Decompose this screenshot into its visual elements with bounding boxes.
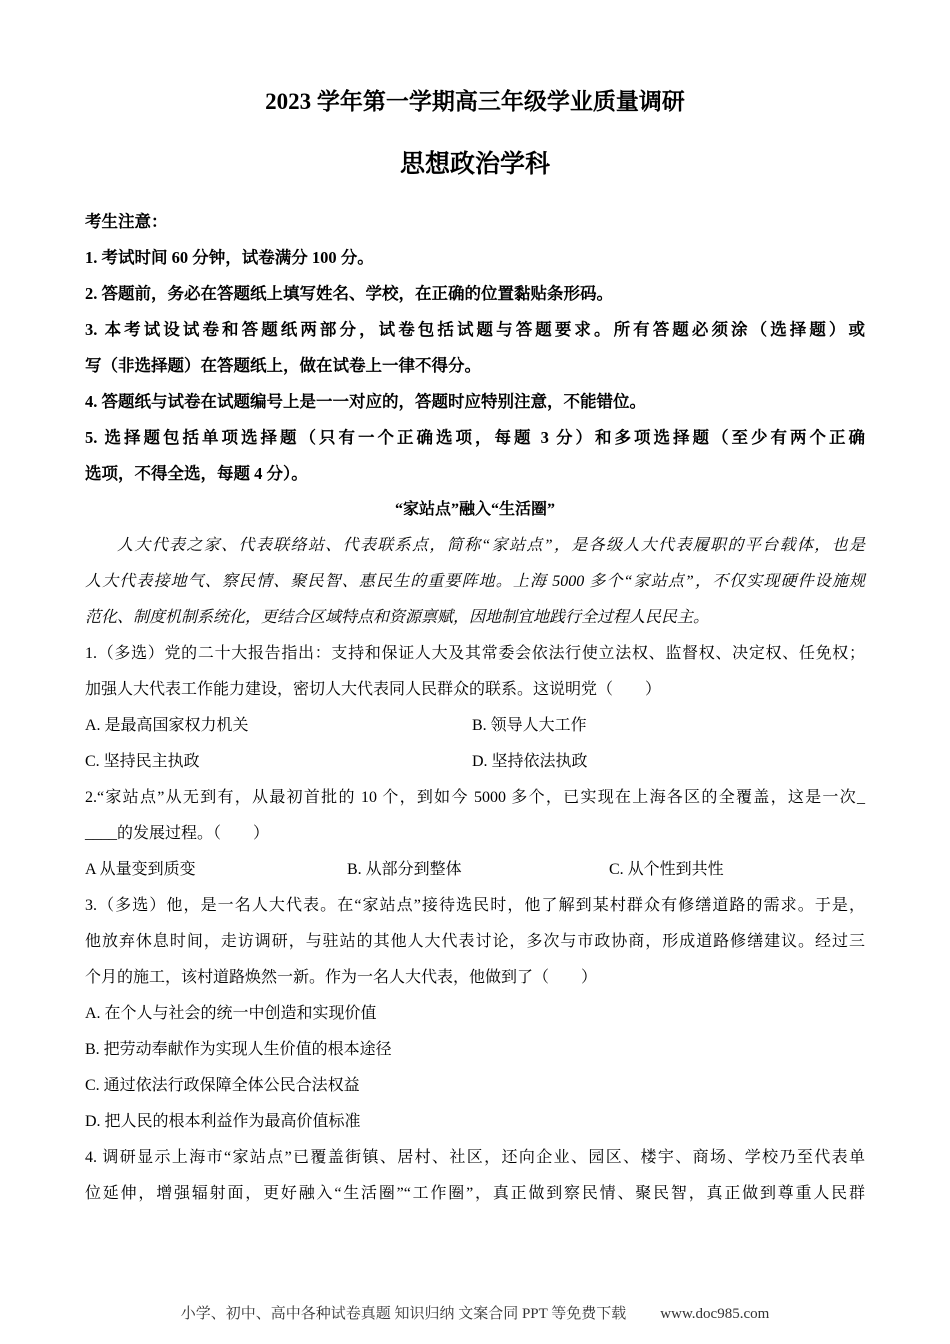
notice-item-2: 2. 答题前，务必在答题纸上填写姓名、学校，在正确的位置黏贴条形码。 xyxy=(85,276,865,312)
option-a: A. 在个人与社会的统一中创造和实现价值 xyxy=(85,996,865,1032)
option-d: D. 坚持依法执政 xyxy=(472,744,865,780)
footer-site-url: www.doc985.com xyxy=(660,1306,769,1322)
notice-item-3-line-2: 写（非选择题）在答题纸上，做在试卷上一律不得分。 xyxy=(85,348,865,384)
exam-paper-page: 2023 学年第一学期高三年级学业质量调研 思想政治学科 考生注意： 1. 考试… xyxy=(0,0,950,1344)
passage-line-3: 范化、制度机制系统化，更结合区域特点和资源禀赋，因地制宜地践行全过程人民民主。 xyxy=(85,600,865,636)
question-1-options-row-1: A. 是最高国家权力机关 B. 领导人大工作 xyxy=(85,708,865,744)
question-1-text-line-1: 1.（多选）党的二十大报告指出：支持和保证人大及其常委会依法行使立法权、监督权、… xyxy=(85,636,865,672)
question-1-text-line-2: 加强人大代表工作能力建设，密切人大代表同人民群众的联系。这说明党（ ） xyxy=(85,672,865,708)
question-2-text-line-1: 2.“家站点”从无到有，从最初首批的 10 个，到如今 5000 多个，已实现在… xyxy=(85,780,865,816)
option-b: B. 领导人大工作 xyxy=(472,708,865,744)
option-a: A. 是最高国家权力机关 xyxy=(85,708,472,744)
exam-title: 2023 学年第一学期高三年级学业质量调研 xyxy=(85,86,865,118)
page-footer: 小学、初中、高中各种试卷真题 知识归纳 文案合同 PPT 等免费下载www.do… xyxy=(0,1304,950,1324)
question-3: 3.（多选）他，是一名人大代表。在“家站点”接待选民时，他了解到某村群众有修缮道… xyxy=(85,888,865,1140)
notice-item-1: 1. 考试时间 60 分钟，试卷满分 100 分。 xyxy=(85,240,865,276)
question-1-options-row-2: C. 坚持民主执政 D. 坚持依法执政 xyxy=(85,744,865,780)
notice-item-3-line-1: 3. 本考试设试卷和答题纸两部分，试卷包括试题与答题要求。所有答题必须涂（选择题… xyxy=(85,312,865,348)
question-1: 1.（多选）党的二十大报告指出：支持和保证人大及其常委会依法行使立法权、监督权、… xyxy=(85,636,865,780)
question-4-text-line-1: 4. 调研显示上海市“家站点”已覆盖街镇、居村、社区，还向企业、园区、楼宇、商场… xyxy=(85,1140,865,1176)
question-2: 2.“家站点”从无到有，从最初首批的 10 个，到如今 5000 多个，已实现在… xyxy=(85,780,865,888)
question-3-text-line-3: 个月的施工，该村道路焕然一新。作为一名人大代表，他做到了（ ） xyxy=(85,960,865,996)
reading-passage: “家站点”融入“生活圈” 人大代表之家、代表联络站、代表联系点，简称“家站点”，… xyxy=(85,492,865,636)
footer-services-text: 小学、初中、高中各种试卷真题 知识归纳 文案合同 PPT 等免费下载 xyxy=(181,1306,627,1322)
subject-title: 思想政治学科 xyxy=(85,148,865,182)
option-c: C. 坚持民主执政 xyxy=(85,744,472,780)
passage-line-2: 人大代表接地气、察民情、聚民智、惠民生的重要阵地。上海 5000 多个“家站点”… xyxy=(85,564,865,600)
notice-item-4: 4. 答题纸与试卷在试题编号上是一一对应的，答题时应特别注意，不能错位。 xyxy=(85,384,865,420)
option-b: B. 从部分到整体 xyxy=(347,852,609,888)
option-c: C. 通过依法行政保障全体公民合法权益 xyxy=(85,1068,865,1104)
passage-title: “家站点”融入“生活圈” xyxy=(85,492,865,528)
option-a: A 从量变到质变 xyxy=(85,852,347,888)
candidate-notice: 考生注意： 1. 考试时间 60 分钟，试卷满分 100 分。 2. 答题前，务… xyxy=(85,204,865,492)
page-content: 2023 学年第一学期高三年级学业质量调研 思想政治学科 考生注意： 1. 考试… xyxy=(85,0,865,1212)
notice-item-5-line-1: 5. 选择题包括单项选择题（只有一个正确选项，每题 3 分）和多项选择题（至少有… xyxy=(85,420,865,456)
question-2-text-line-2: ____的发展过程。（ ） xyxy=(85,816,865,852)
question-3-text-line-1: 3.（多选）他，是一名人大代表。在“家站点”接待选民时，他了解到某村群众有修缮道… xyxy=(85,888,865,924)
option-d: D. 把人民的根本利益作为最高价值标准 xyxy=(85,1104,865,1140)
notice-heading: 考生注意： xyxy=(85,204,865,240)
notice-item-5-line-2: 选项，不得全选，每题 4 分）。 xyxy=(85,456,865,492)
question-3-text-line-2: 他放弃休息时间，走访调研，与驻站的其他人大代表讨论，多次与市政协商，形成道路修缮… xyxy=(85,924,865,960)
question-4: 4. 调研显示上海市“家站点”已覆盖街镇、居村、社区，还向企业、园区、楼宇、商场… xyxy=(85,1140,865,1212)
question-2-options-row: A 从量变到质变 B. 从部分到整体 C. 从个性到共性 xyxy=(85,852,865,888)
option-c: C. 从个性到共性 xyxy=(609,852,865,888)
passage-line-1: 人大代表之家、代表联络站、代表联系点，简称“家站点”，是各级人大代表履职的平台载… xyxy=(85,528,865,564)
option-b: B. 把劳动奉献作为实现人生价值的根本途径 xyxy=(85,1032,865,1068)
question-4-text-line-2: 位延伸，增强辐射面，更好融入“生活圈”“工作圈”，真正做到察民情、聚民智，真正做… xyxy=(85,1176,865,1212)
